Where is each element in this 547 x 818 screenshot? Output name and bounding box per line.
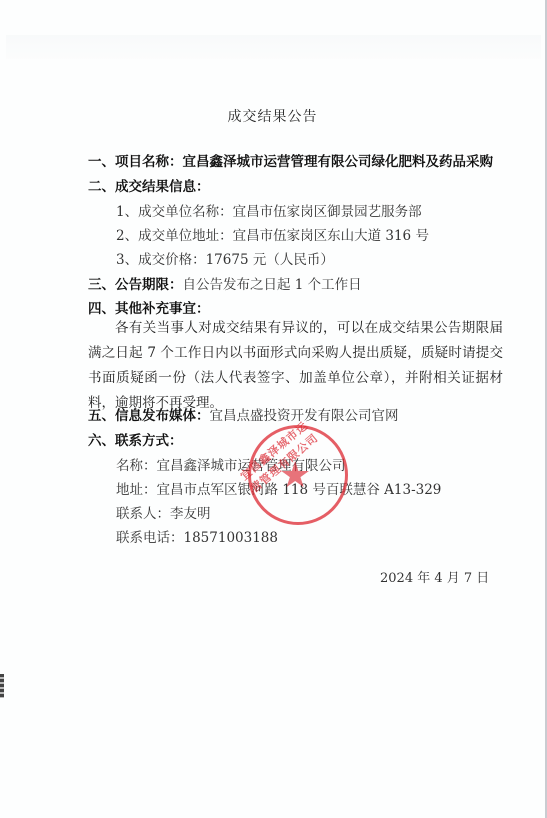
document-title: 成交结果公告 — [0, 106, 545, 126]
section-value: 自公告发布之日起 1 个工作日 — [183, 277, 362, 293]
section-label: 三、公告期限： — [88, 277, 183, 293]
contact-name: 名称：宜昌鑫泽城市运营管理有限公司 — [116, 454, 346, 474]
document-page: 成交结果公告 一、项目名称：宜昌鑫泽城市运营管理有限公司绿化肥料及药品采购 二、… — [0, 0, 547, 818]
section-supplement: 四、其他补充事宜： — [88, 297, 210, 317]
scan-artifact — [6, 35, 541, 59]
section-value: 宜昌鑫泽城市运营管理有限公司绿化肥料及药品采购 — [183, 154, 494, 170]
section-media: 五、信息发布媒体：宜昌点盛投资开发有限公司官网 — [88, 404, 399, 424]
section-label: 六、联系方式： — [88, 433, 183, 449]
result-supplier-name: 1、成交单位名称：宜昌市伍家岗区御景园艺服务部 — [116, 200, 422, 220]
section-label: 四、其他补充事宜： — [88, 301, 210, 317]
section-value: 宜昌点盛投资开发有限公司官网 — [210, 408, 399, 424]
contact-phone: 联系电话：18571003188 — [116, 526, 278, 546]
section-contact: 六、联系方式： — [88, 429, 183, 449]
section-label: 五、信息发布媒体： — [88, 408, 210, 424]
section-project-name: 一、项目名称：宜昌鑫泽城市运营管理有限公司绿化肥料及药品采购 — [88, 150, 493, 170]
scan-edge-mark — [0, 674, 4, 698]
issue-date: 2024 年 4 月 7 日 — [380, 567, 489, 586]
result-supplier-address: 2、成交单位地址：宜昌市伍家岗区东山大道 316 号 — [116, 224, 429, 244]
supplement-paragraph: 各有关当事人对成交结果有异议的，可以在成交结果公告期限届满之日起 7 个工作日内… — [88, 316, 503, 416]
company-seal: 宜昌鑫泽城市运营管理有限公司 ★ — [248, 425, 348, 525]
section-label: 二、成交结果信息： — [88, 179, 210, 195]
section-result-info: 二、成交结果信息： — [88, 175, 210, 195]
contact-address: 地址：宜昌市点军区银河路 118 号百联慧谷 A13-329 — [116, 478, 441, 498]
result-price: 3、成交价格：17675 元（人民币） — [116, 248, 334, 268]
section-notice-period: 三、公告期限：自公告发布之日起 1 个工作日 — [88, 273, 362, 293]
section-label: 一、项目名称： — [88, 154, 183, 170]
contact-person: 联系人：李友明 — [116, 502, 211, 522]
